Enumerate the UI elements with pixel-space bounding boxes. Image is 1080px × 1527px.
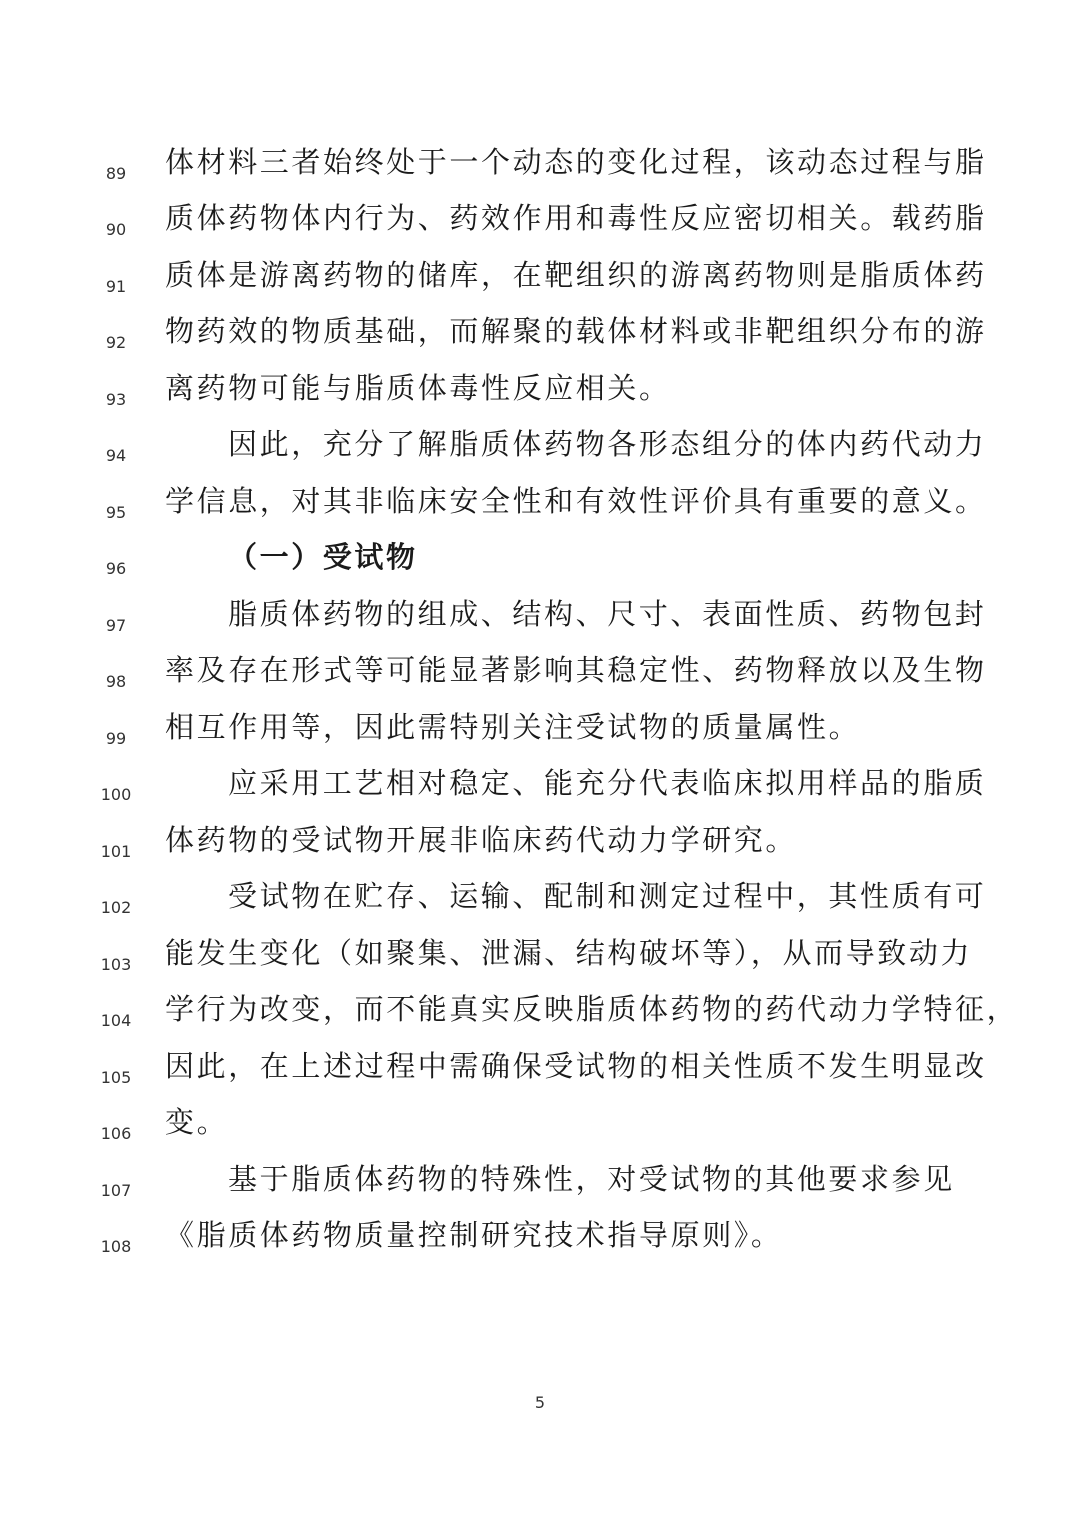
line-number: 105 [96,1068,136,1087]
line-text: 体药物的受试物开展非临床药代动力学研究。 [165,820,797,860]
line-number: 107 [96,1181,136,1200]
text-line: 101 体药物的受试物开展非临床药代动力学研究。 [0,820,1080,876]
text-line: 93 离药物可能与脂质体毒性反应相关。 [0,368,1080,424]
line-text: 体材料三者始终处于一个动态的变化过程，该动态过程与脂 [165,142,987,182]
line-text: 离药物可能与脂质体毒性反应相关。 [165,368,671,408]
line-text: 基于脂质体药物的特殊性，对受试物的其他要求参见 [228,1159,955,1199]
line-number: 90 [96,220,136,239]
text-line: 97 脂质体药物的组成、结构、尺寸、表面性质、药物包封 [0,594,1080,650]
text-line: 95 学信息，对其非临床安全性和有效性评价具有重要的意义。 [0,481,1080,537]
text-line: 102 受试物在贮存、运输、配制和测定过程中，其性质有可 [0,876,1080,932]
text-line: 107 基于脂质体药物的特殊性，对受试物的其他要求参见 [0,1159,1080,1215]
document-page: 89 体材料三者始终处于一个动态的变化过程，该动态过程与脂 90 质体药物体内行… [0,0,1080,1527]
line-number: 106 [96,1124,136,1143]
line-text: 受试物在贮存、运输、配制和测定过程中，其性质有可 [228,876,986,916]
section-heading: （一）受试物 [228,537,418,577]
line-number: 92 [96,333,136,352]
line-number: 101 [96,842,136,861]
line-number: 93 [96,390,136,409]
line-text: 质体是游离药物的储库，在靶组织的游离药物则是脂质体药 [165,255,987,295]
line-number: 99 [96,729,136,748]
text-line: 103 能发生变化（如聚集、泄漏、结构破坏等），从而导致动力 [0,933,1080,989]
line-number: 91 [96,277,136,296]
line-text: 变。 [165,1102,228,1142]
line-number: 103 [96,955,136,974]
line-text: 脂质体药物的组成、结构、尺寸、表面性质、药物包封 [228,594,986,634]
text-line: 108 《脂质体药物质量控制研究技术指导原则》。 [0,1215,1080,1271]
text-line: 92 物药效的物质基础，而解聚的载体材料或非靶组织分布的游 [0,311,1080,367]
text-line: 98 率及存在形式等可能显著影响其稳定性、药物释放以及生物 [0,650,1080,706]
text-line: 106 变。 [0,1102,1080,1158]
line-number: 108 [96,1237,136,1256]
page-number: 5 [0,1393,1080,1412]
line-text: 率及存在形式等可能显著影响其稳定性、药物释放以及生物 [165,650,987,690]
line-text: 物药效的物质基础，而解聚的载体材料或非靶组织分布的游 [165,311,987,351]
text-line: 89 体材料三者始终处于一个动态的变化过程，该动态过程与脂 [0,142,1080,198]
line-text: 能发生变化（如聚集、泄漏、结构破坏等），从而导致动力 [165,933,972,973]
line-number: 94 [96,446,136,465]
line-text: 学行为改变，而不能真实反映脂质体药物的药代动力学特征， [165,989,1018,1029]
line-text: 《脂质体药物质量控制研究技术指导原则》。 [165,1215,783,1255]
text-line: 90 质体药物体内行为、药效作用和毒性反应密切相关。载药脂 [0,198,1080,254]
line-number: 98 [96,672,136,691]
text-line: 94 因此，充分了解脂质体药物各形态组分的体内药代动力 [0,424,1080,480]
line-text: 质体药物体内行为、药效作用和毒性反应密切相关。载药脂 [165,198,987,238]
text-line: 105 因此，在上述过程中需确保受试物的相关性质不发生明显改 [0,1046,1080,1102]
section-heading-line: 96 （一）受试物 [0,537,1080,593]
line-text: 学信息，对其非临床安全性和有效性评价具有重要的意义。 [165,481,987,521]
line-number: 89 [96,164,136,183]
line-text: 相互作用等，因此需特别关注受试物的质量属性。 [165,707,860,747]
text-line: 99 相互作用等，因此需特别关注受试物的质量属性。 [0,707,1080,763]
line-number: 102 [96,898,136,917]
line-text: 因此，充分了解脂质体药物各形态组分的体内药代动力 [228,424,986,464]
line-number: 100 [96,785,136,804]
line-number: 95 [96,503,136,522]
line-text: 因此，在上述过程中需确保受试物的相关性质不发生明显改 [165,1046,987,1086]
line-number: 96 [96,559,136,578]
text-line: 104 学行为改变，而不能真实反映脂质体药物的药代动力学特征， [0,989,1080,1045]
line-text: 应采用工艺相对稳定、能充分代表临床拟用样品的脂质 [228,763,986,803]
text-line: 91 质体是游离药物的储库，在靶组织的游离药物则是脂质体药 [0,255,1080,311]
line-number: 104 [96,1011,136,1030]
text-line: 100 应采用工艺相对稳定、能充分代表临床拟用样品的脂质 [0,763,1080,819]
line-number: 97 [96,616,136,635]
